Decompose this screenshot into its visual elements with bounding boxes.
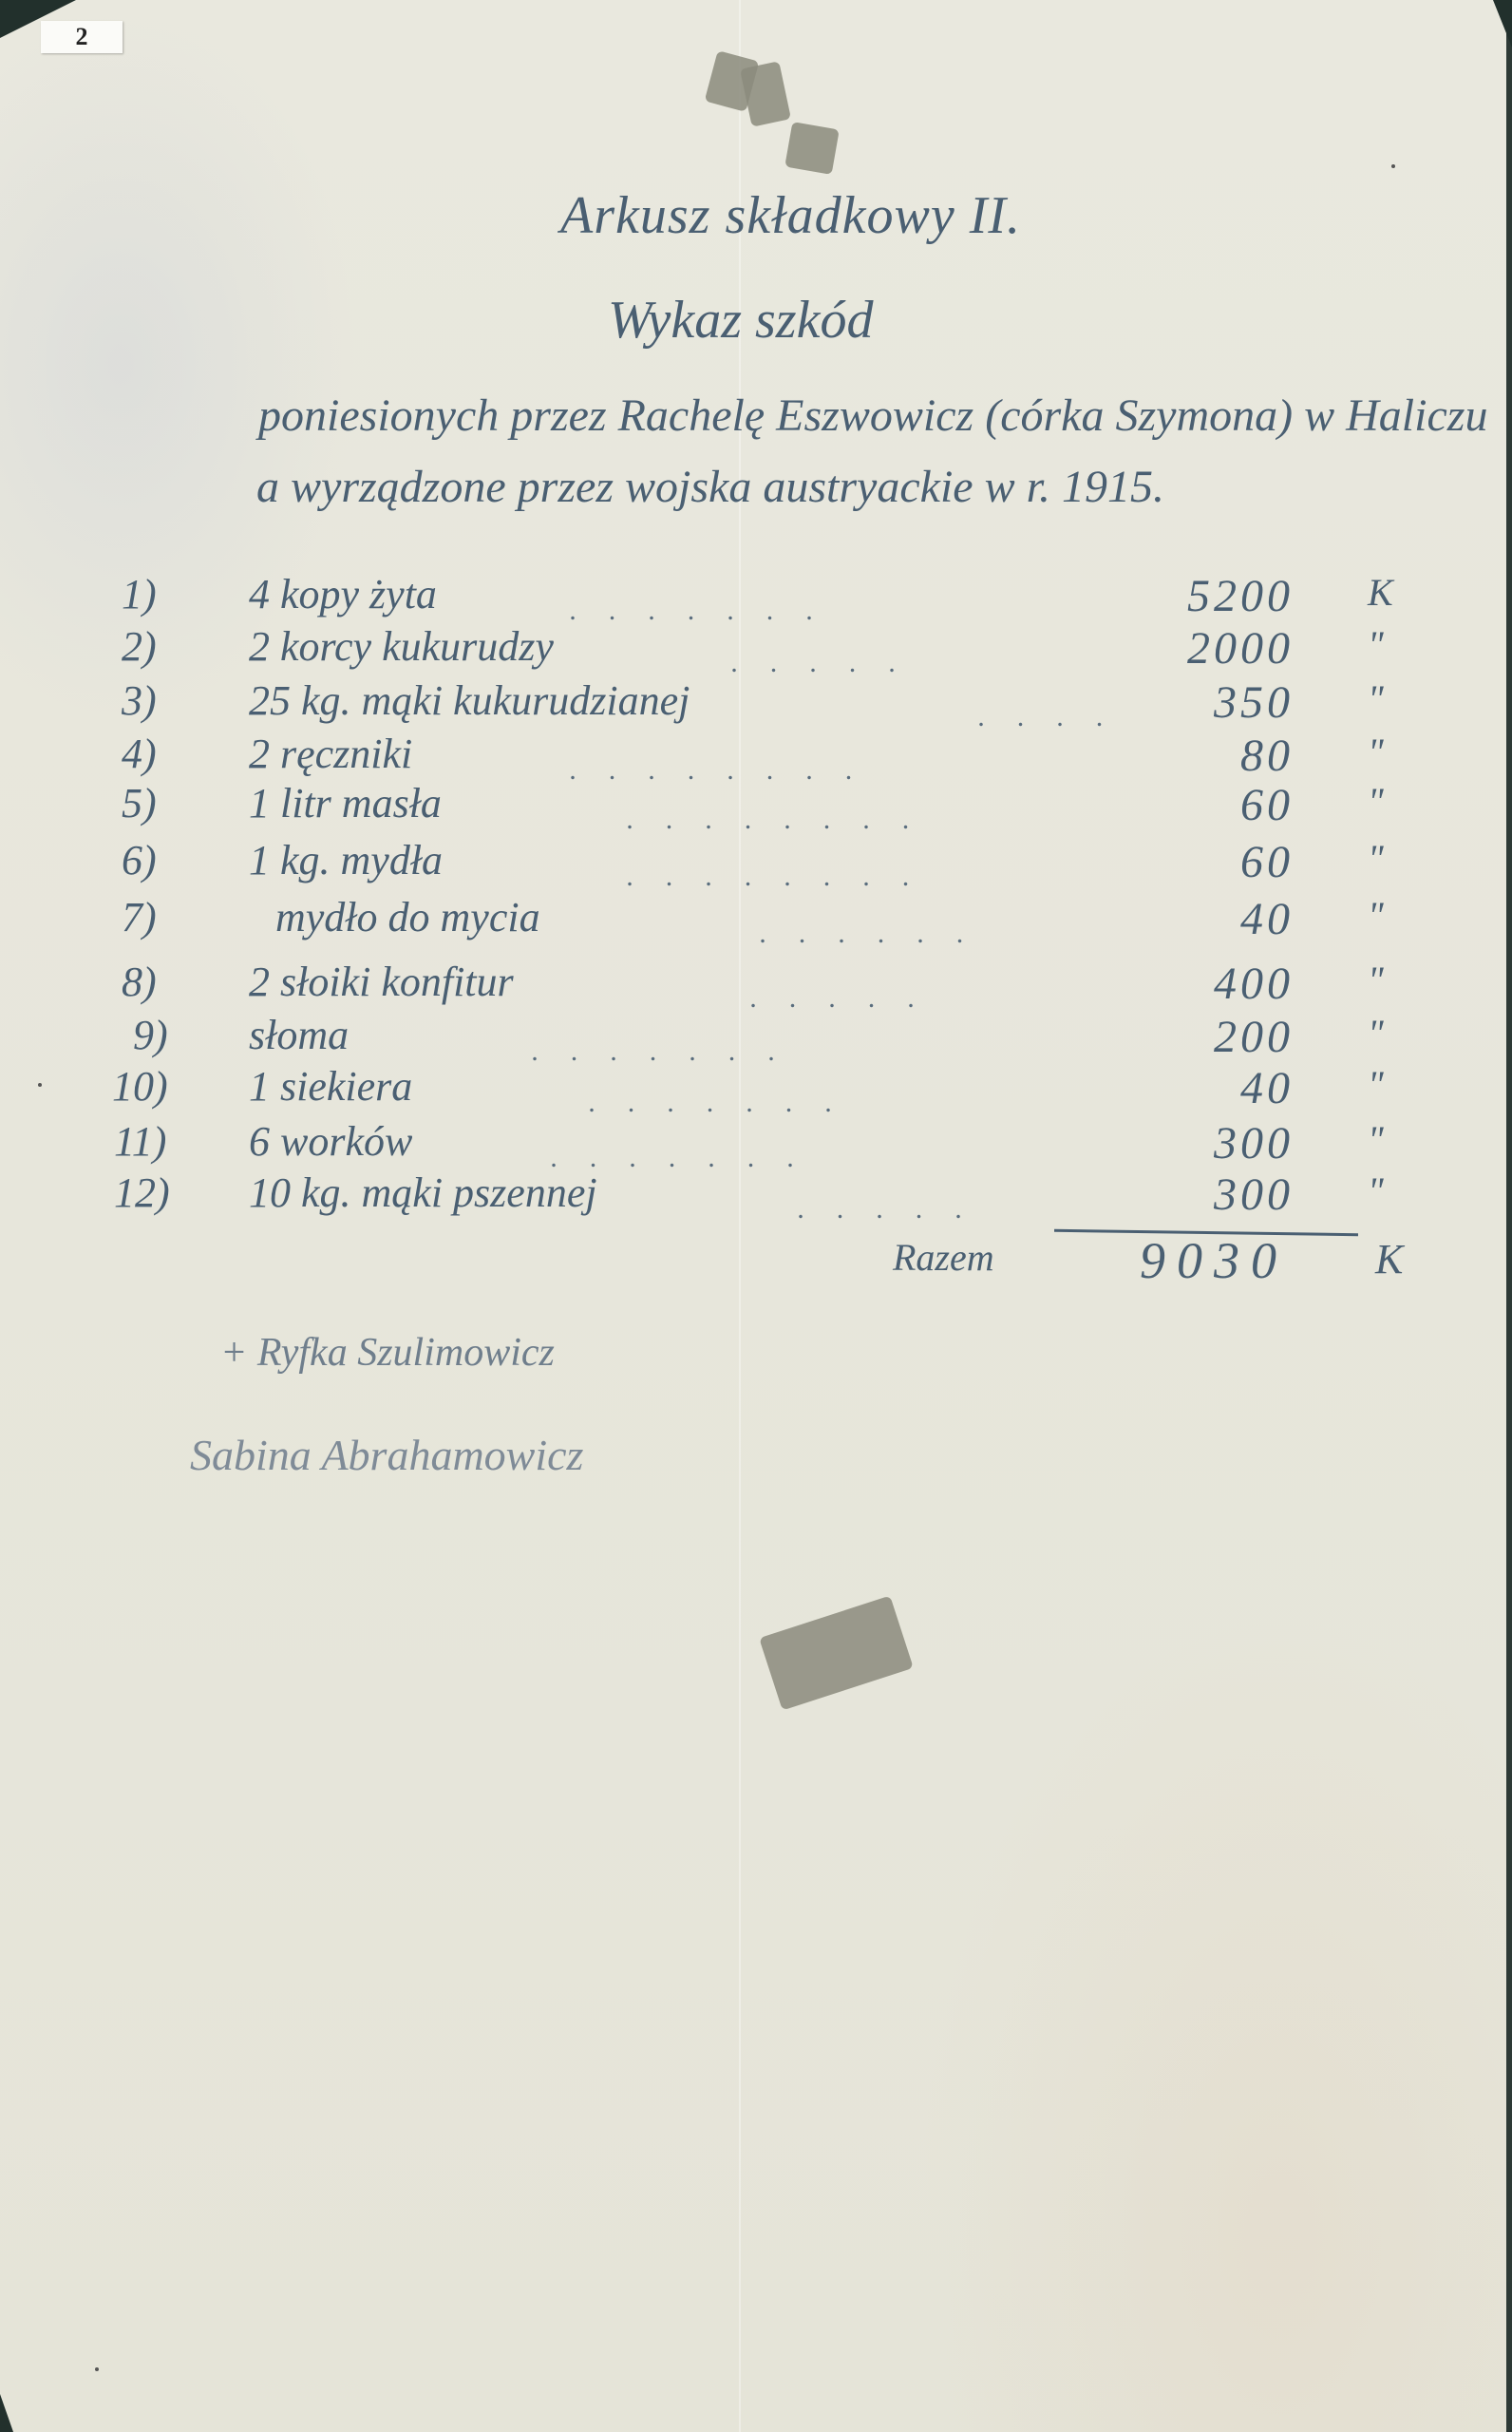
item-number: 10) xyxy=(112,1062,168,1111)
item-description: mydło do mycia xyxy=(275,893,540,941)
smudge-mark-top-right xyxy=(784,122,840,175)
item-unit: " xyxy=(1368,779,1384,824)
item-amount: 300 xyxy=(1214,1168,1294,1221)
item-amount: 300 xyxy=(1214,1117,1294,1169)
item-amount: 5200 xyxy=(1187,570,1294,622)
item-number: 9) xyxy=(133,1011,168,1059)
paper-speck xyxy=(38,1083,42,1087)
leader-dots: ..... xyxy=(750,982,948,1015)
item-amount: 200 xyxy=(1214,1011,1294,1063)
item-number: 2) xyxy=(122,622,157,671)
item-amount: 60 xyxy=(1240,836,1294,888)
item-description: 4 kopy żyta xyxy=(249,570,437,618)
item-unit: " xyxy=(1368,893,1384,938)
leader-dots: .... xyxy=(978,701,1136,733)
list-item: 7) mydło do mycia ...... 40 " xyxy=(0,893,1512,948)
item-unit: " xyxy=(1368,676,1384,721)
leader-dots: ........ xyxy=(627,861,942,893)
signature-2: Sabina Abrahamowicz xyxy=(190,1430,583,1480)
paper-speck xyxy=(95,2367,99,2371)
page-number-label: 2 xyxy=(41,21,123,53)
item-number: 4) xyxy=(122,730,157,778)
item-amount: 40 xyxy=(1240,893,1294,945)
leader-dots: ..... xyxy=(798,1193,995,1225)
item-number: 6) xyxy=(122,836,157,884)
list-item: 6) 1 kg. mydła ........ 60 " xyxy=(0,836,1512,891)
item-number: 5) xyxy=(122,779,157,827)
list-item: 4) 2 ręczniki ........ 80 " xyxy=(0,730,1512,785)
list-item: 12) 10 kg. mąki pszennej ..... 300 " xyxy=(0,1168,1512,1224)
item-description: 1 litr masła xyxy=(249,779,442,827)
list-item: 3) 25 kg. mąki kukurudzianej .... 350 " xyxy=(0,676,1512,731)
item-unit: " xyxy=(1368,958,1384,1002)
item-amount: 80 xyxy=(1240,730,1294,782)
scan-corner-top-right xyxy=(1493,0,1512,47)
item-description: 1 siekiera xyxy=(249,1062,412,1111)
item-unit: " xyxy=(1368,1011,1384,1055)
item-unit: " xyxy=(1368,836,1384,881)
item-number: 7) xyxy=(122,893,157,941)
document-subtitle: Wykaz szkód xyxy=(608,290,873,351)
item-description: 6 worków xyxy=(249,1117,412,1166)
leader-dots: ........ xyxy=(627,804,942,836)
item-unit: " xyxy=(1368,730,1384,774)
item-unit: " xyxy=(1368,1168,1384,1213)
list-item: 9) słoma ....... 200 " xyxy=(0,1011,1512,1066)
item-number: 12) xyxy=(114,1168,170,1217)
item-description: 2 ręczniki xyxy=(249,730,412,778)
total-amount: 9030 xyxy=(1140,1231,1288,1290)
item-amount: 40 xyxy=(1240,1062,1294,1114)
list-item: 2) 2 korcy kukurudzy ..... 2000 " xyxy=(0,622,1512,677)
item-number: 1) xyxy=(122,570,157,618)
list-item: 8) 2 słoiki konfitur ..... 400 " xyxy=(0,958,1512,1013)
item-amount: 60 xyxy=(1240,779,1294,831)
item-unit: " xyxy=(1368,1062,1384,1107)
item-description: 2 korcy kukurudzy xyxy=(249,622,554,671)
item-amount: 400 xyxy=(1214,958,1294,1010)
list-item: 10) 1 siekiera ....... 40 " xyxy=(0,1062,1512,1117)
item-amount: 2000 xyxy=(1187,622,1294,674)
paper-speck xyxy=(1391,164,1395,168)
item-number: 3) xyxy=(122,676,157,725)
item-description: 1 kg. mydła xyxy=(249,836,443,884)
document-title: Arkusz składkowy II. xyxy=(560,185,1021,246)
item-description: 10 kg. mąki pszennej xyxy=(249,1168,597,1217)
item-description: słoma xyxy=(249,1011,349,1059)
item-amount: 350 xyxy=(1214,676,1294,729)
leader-dots: ....... xyxy=(589,1087,865,1119)
leader-dots: ...... xyxy=(760,918,996,950)
list-item: 11) 6 worków ....... 300 " xyxy=(0,1117,1512,1172)
leader-dots: ..... xyxy=(731,647,929,679)
item-description: 25 kg. mąki kukurudzianej xyxy=(249,676,690,725)
list-item: 5) 1 litr masła ........ 60 " xyxy=(0,779,1512,834)
total-unit: K xyxy=(1375,1235,1403,1283)
item-unit: K xyxy=(1368,570,1393,615)
item-unit: " xyxy=(1368,1117,1384,1162)
intro-line-2: a wyrządzone przez wojska austryackie w … xyxy=(256,461,1164,513)
scan-corner-bottom-left xyxy=(0,2394,13,2432)
list-item: 1) 4 kopy żyta ....... 5200 K xyxy=(0,570,1512,625)
item-description: 2 słoiki konfitur xyxy=(249,958,514,1006)
item-number: 11) xyxy=(114,1117,166,1166)
signature-1: + Ryfka Szulimowicz xyxy=(220,1330,555,1376)
item-number: 8) xyxy=(122,958,157,1006)
item-unit: " xyxy=(1368,622,1384,667)
total-label: Razem xyxy=(893,1235,994,1280)
intro-line-1: poniesionych przez Rachelę Eszwowicz (có… xyxy=(258,389,1487,442)
